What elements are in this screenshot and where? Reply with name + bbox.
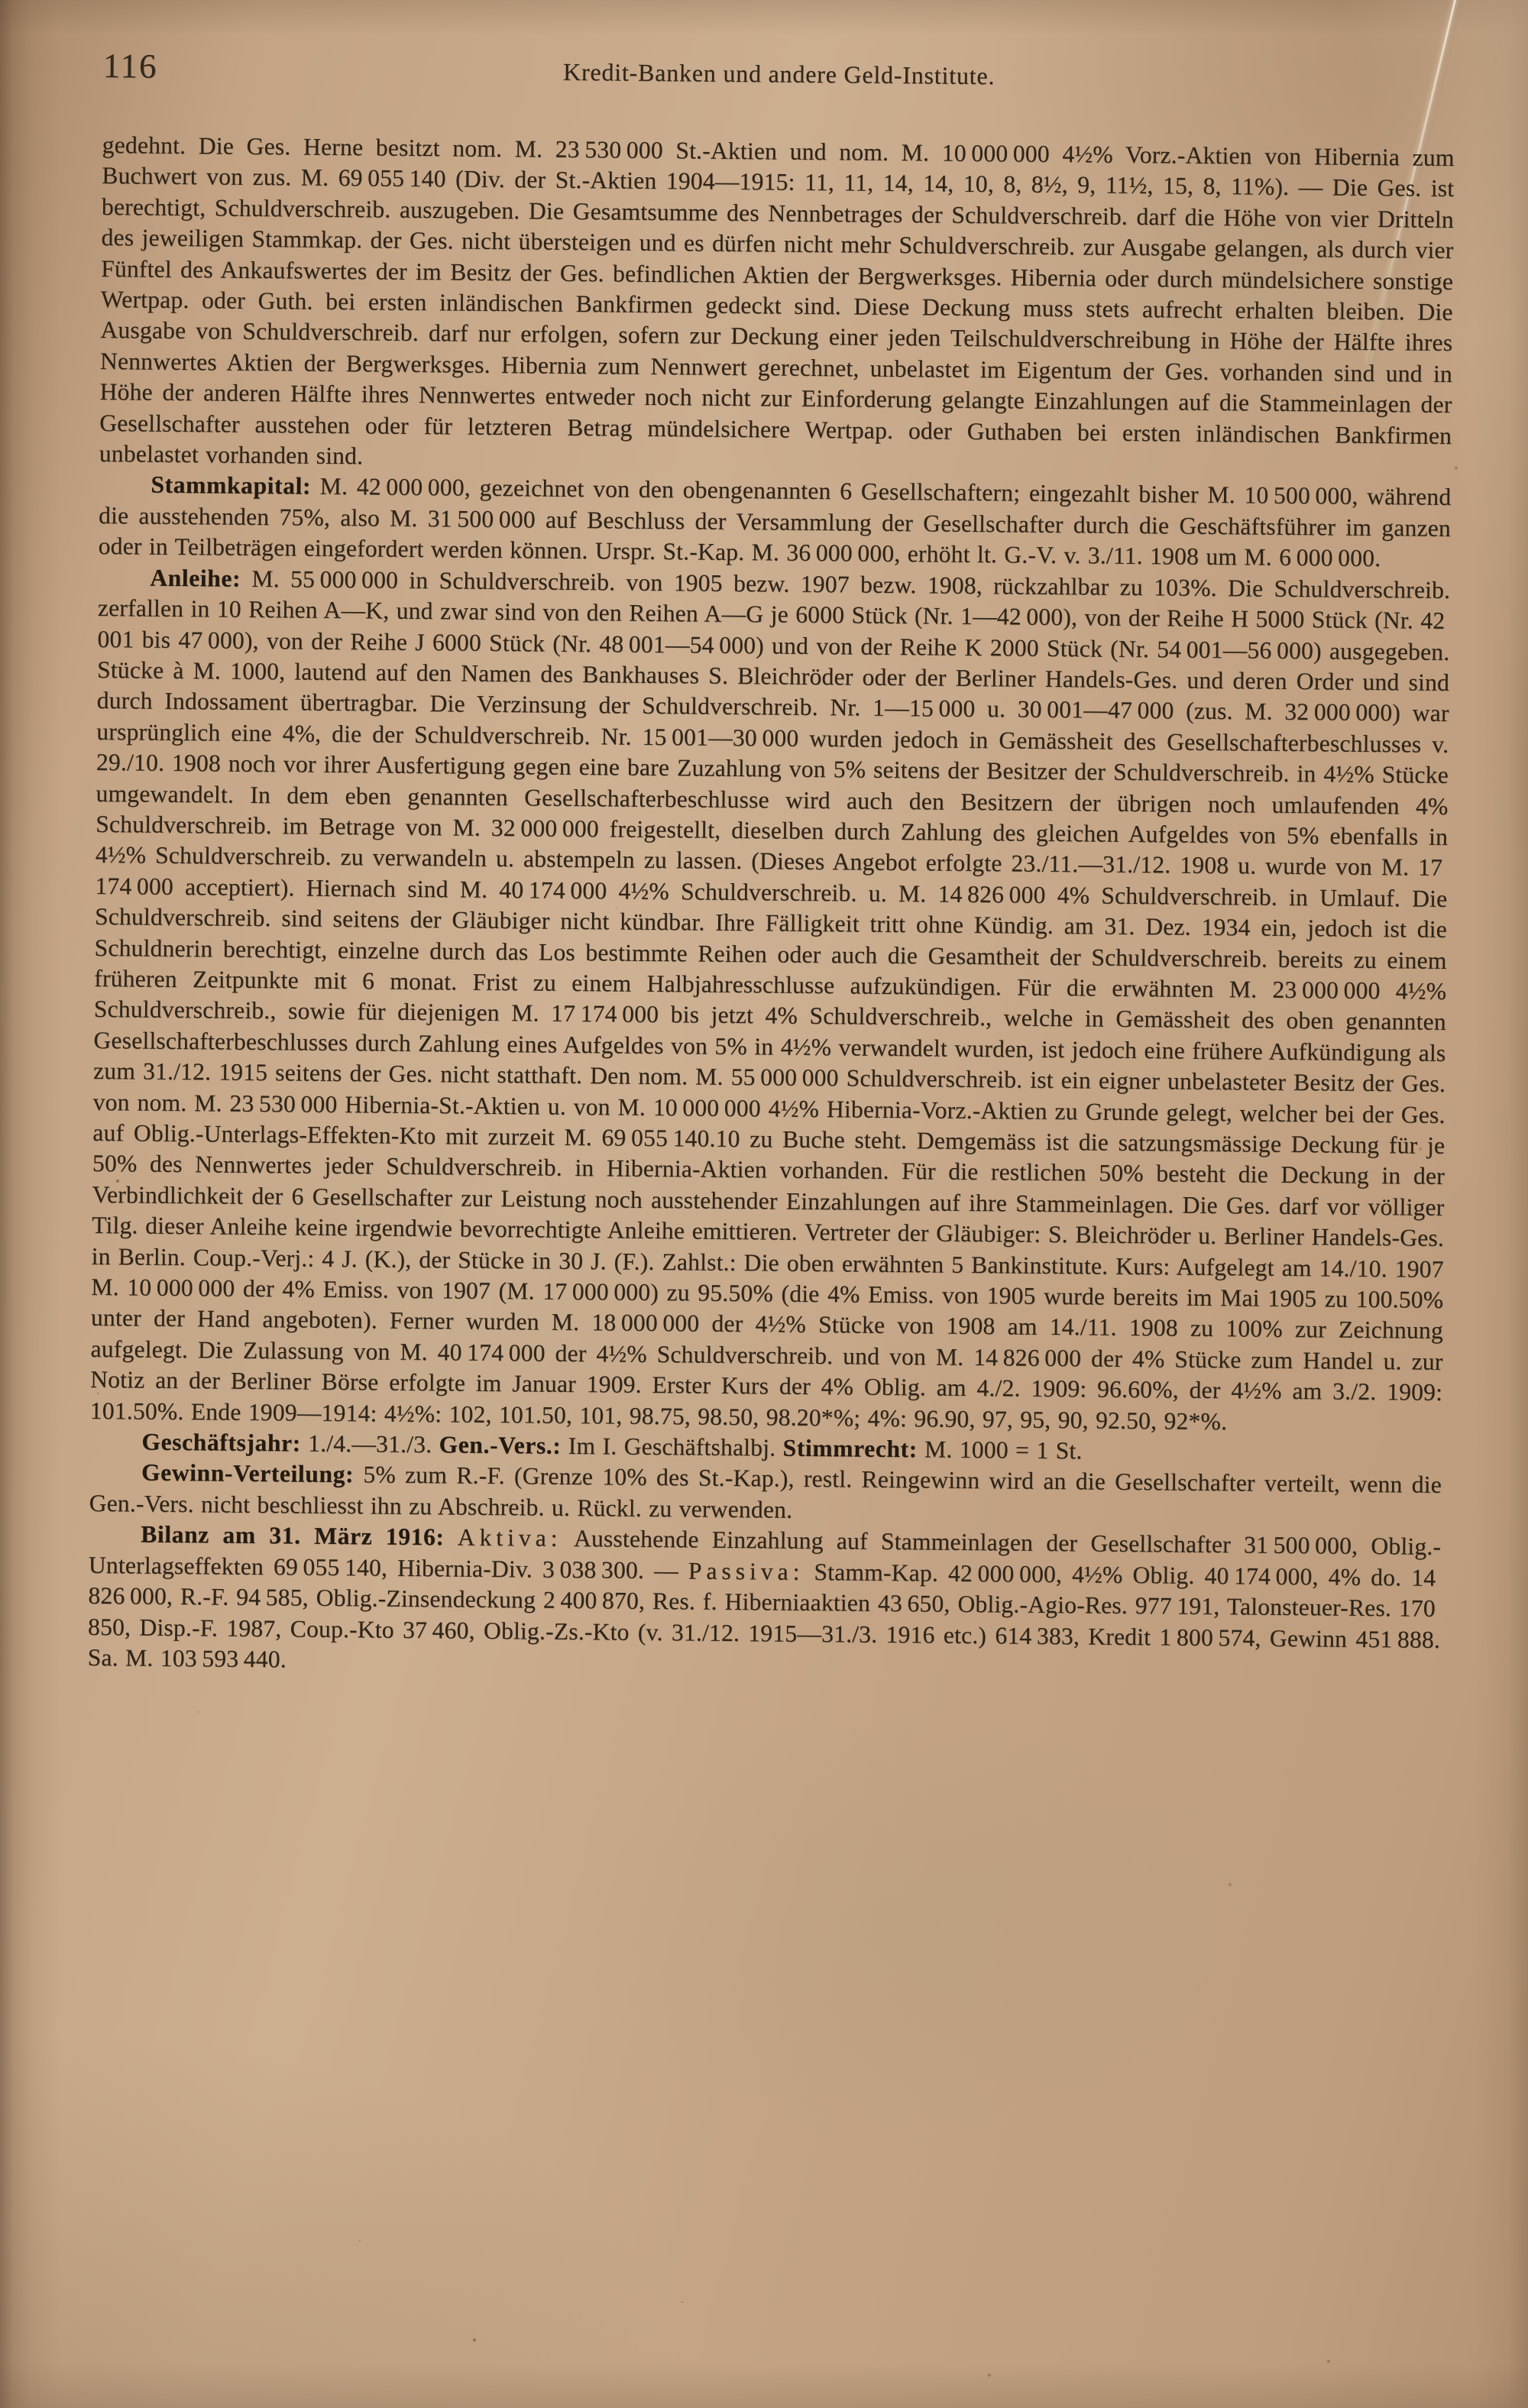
printed-area: 116 Kredit-Banken und andere Geld-Instit… <box>88 44 1455 1686</box>
text-run: 1./4.—31./3. <box>301 1430 439 1458</box>
paragraph: Bilanz am 31. März 1916: Aktiva: Aussteh… <box>88 1519 1442 1686</box>
bold-term: Gewinn-Verteilung: <box>141 1459 354 1488</box>
book-page: 116 Kredit-Banken und andere Geld-Instit… <box>0 0 1528 2408</box>
paragraph: Stammkapital: M. 42 000 000, gezeichnet … <box>98 469 1451 574</box>
bold-term: Bilanz am 31. März 1916: <box>141 1521 445 1551</box>
spaced-term: Passiva: <box>688 1557 804 1584</box>
page-number: 116 <box>102 46 157 86</box>
bold-term: Gen.-Vers.: <box>439 1431 561 1459</box>
bold-term: Stimmrecht: <box>782 1435 918 1463</box>
paper-specks <box>0 0 2 2</box>
spaced-term: Aktiva: <box>458 1524 562 1552</box>
text-run: M. 55 000 000 in Schuldverschreib. von 1… <box>90 565 1451 1434</box>
text-run: Im I. Geschäftshalbj. <box>561 1432 782 1461</box>
body-text-column: gedehnt. Die Ges. Herne besitzt nom. M. … <box>88 130 1455 1686</box>
text-run: gedehnt. Die Ges. Herne besitzt nom. M. … <box>99 131 1455 469</box>
paragraph: gedehnt. Die Ges. Herne besitzt nom. M. … <box>99 130 1455 482</box>
bold-term: Geschäftsjahr: <box>141 1429 301 1457</box>
paragraph: Anleihe: M. 55 000 000 in Schuldverschre… <box>90 562 1451 1439</box>
bold-term: Stammkapital: <box>151 471 311 500</box>
text-run: M. 1000 = 1 St. <box>918 1435 1083 1464</box>
bold-term: Anleihe: <box>150 564 241 591</box>
text-run <box>444 1524 458 1551</box>
